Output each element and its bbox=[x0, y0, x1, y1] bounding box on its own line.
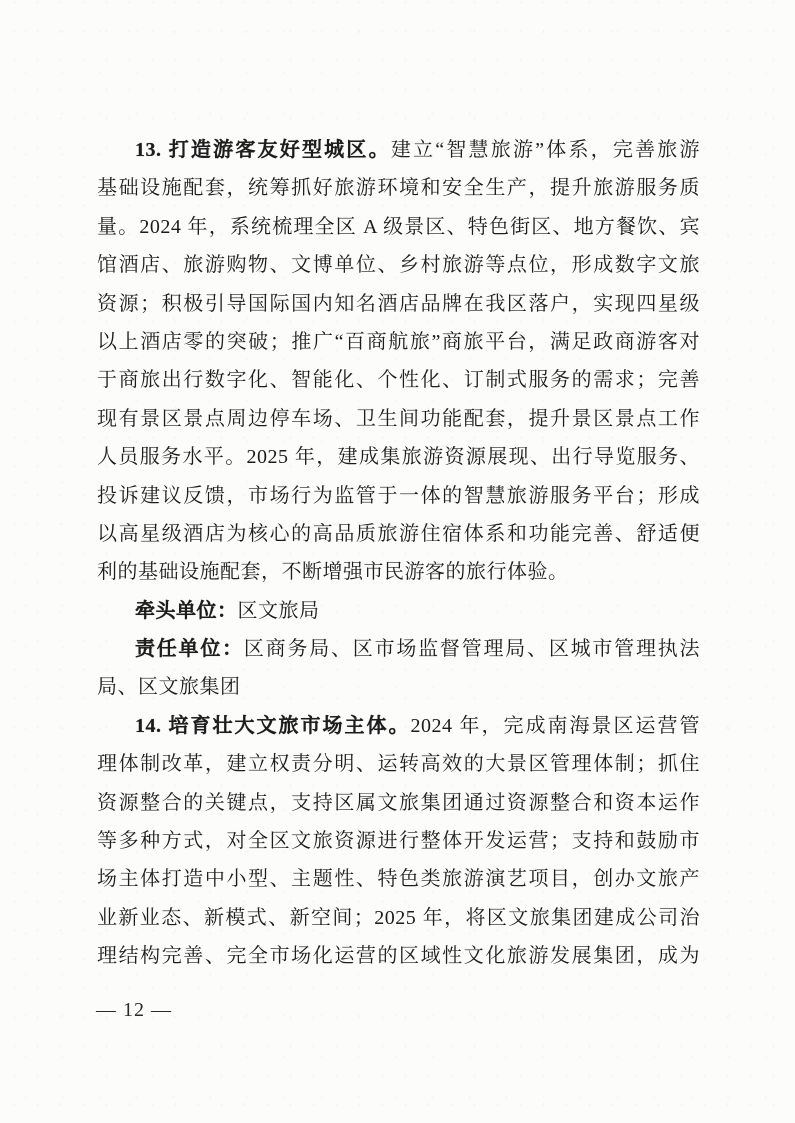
text-line: 牵头单位：区文旅局 bbox=[97, 592, 700, 630]
text-run: 利的基础设施配套，不断增强市民游客的旅行体验。 bbox=[97, 561, 569, 583]
text-run: 等多种方式，对全区文旅资源进行整体开发运营；支持和鼓励市 bbox=[97, 830, 700, 852]
item-13-heading: 13. 打造游客友好型城区。 bbox=[135, 139, 391, 161]
text-line: 以高星级酒店为核心的高品质旅游住宿体系和功能完善、舒适便 bbox=[97, 515, 700, 553]
document-body: 13. 打造游客友好型城区。建立“智慧旅游”体系，完善旅游 基础设施配套，统筹抓… bbox=[97, 131, 700, 976]
lead-unit-label: 牵头单位： bbox=[135, 600, 238, 622]
text-run: 2024 年，完成南海景区运营管 bbox=[411, 715, 701, 737]
text-line: 理结构完善、完全市场化运营的区域性文化旅游发展集团，成为 bbox=[97, 937, 700, 975]
text-run: 资源整合的关键点，支持区属文旅集团通过资源整合和资本运作 bbox=[97, 792, 700, 814]
text-line: 馆酒店、旅游购物、文博单位、乡村旅游等点位，形成数字文旅 bbox=[97, 246, 700, 284]
text-run: 量。2024 年，系统梳理全区 A 级景区、特色街区、地方餐饮、宾 bbox=[97, 216, 700, 238]
text-run: 资源；积极引导国际国内知名酒店品牌在我区落户，实现四星级 bbox=[97, 293, 700, 315]
text-line: 局、区文旅集团 bbox=[97, 668, 700, 706]
text-run: 人员服务水平。2025 年，建成集旅游资源展现、出行导览服务、 bbox=[97, 446, 700, 468]
text-run: 投诉建议反馈，市场行为监管于一体的智慧旅游服务平台；形成 bbox=[97, 485, 700, 507]
text-line: 现有景区景点周边停车场、卫生间功能配套，提升景区景点工作 bbox=[97, 400, 700, 438]
text-line: 场主体打造中小型、主题性、特色类旅游演艺项目，创办文旅产 bbox=[97, 860, 700, 898]
text-run: 局、区文旅集团 bbox=[97, 676, 241, 698]
text-line: 理体制改革，建立权责分明、运转高效的大景区管理体制；抓住 bbox=[97, 745, 700, 783]
text-run: 理结构完善、完全市场化运营的区域性文化旅游发展集团，成为 bbox=[97, 945, 700, 967]
text-line: 投诉建议反馈，市场行为监管于一体的智慧旅游服务平台；形成 bbox=[97, 477, 700, 515]
responsible-unit-label: 责任单位： bbox=[135, 638, 244, 660]
text-line: 13. 打造游客友好型城区。建立“智慧旅游”体系，完善旅游 bbox=[97, 131, 700, 169]
text-line: 利的基础设施配套，不断增强市民游客的旅行体验。 bbox=[97, 553, 700, 591]
text-line: 资源；积极引导国际国内知名酒店品牌在我区落户，实现四星级 bbox=[97, 285, 700, 323]
text-run: 现有景区景点周边停车场、卫生间功能配套，提升景区景点工作 bbox=[97, 408, 700, 430]
text-line: 等多种方式，对全区文旅资源进行整体开发运营；支持和鼓励市 bbox=[97, 822, 700, 860]
text-line: 14. 培育壮大文旅市场主体。2024 年，完成南海景区运营管 bbox=[97, 707, 700, 745]
text-run: 于商旅出行数字化、智能化、个性化、订制式服务的需求；完善 bbox=[97, 369, 700, 391]
text-line: 基础设施配套，统筹抓好旅游环境和安全生产，提升旅游服务质 bbox=[97, 169, 700, 207]
text-run: 馆酒店、旅游购物、文博单位、乡村旅游等点位，形成数字文旅 bbox=[97, 254, 700, 276]
lead-unit-value: 区文旅局 bbox=[238, 600, 320, 622]
responsible-unit-value: 区商务局、区市场监督管理局、区城市管理执法 bbox=[244, 638, 700, 660]
text-line: 业新业态、新模式、新空间；2025 年，将区文旅集团建成公司治 bbox=[97, 899, 700, 937]
item-14-heading: 14. 培育壮大文旅市场主体。 bbox=[135, 715, 411, 737]
text-run: 建立“智慧旅游”体系，完善旅游 bbox=[391, 139, 700, 161]
text-run: 理体制改革，建立权责分明、运转高效的大景区管理体制；抓住 bbox=[97, 753, 700, 775]
text-run: 基础设施配套，统筹抓好旅游环境和安全生产，提升旅游服务质 bbox=[97, 177, 700, 199]
text-run: 以上酒店零的突破；推广“百商航旅”商旅平台，满足政商游客对 bbox=[97, 331, 700, 353]
text-line: 于商旅出行数字化、智能化、个性化、订制式服务的需求；完善 bbox=[97, 361, 700, 399]
text-run: 场主体打造中小型、主题性、特色类旅游演艺项目，创办文旅产 bbox=[97, 868, 700, 890]
text-line: 人员服务水平。2025 年，建成集旅游资源展现、出行导览服务、 bbox=[97, 438, 700, 476]
text-line: 以上酒店零的突破；推广“百商航旅”商旅平台，满足政商游客对 bbox=[97, 323, 700, 361]
scanned-page: 13. 打造游客友好型城区。建立“智慧旅游”体系，完善旅游 基础设施配套，统筹抓… bbox=[0, 0, 795, 1123]
page-number: — 12 — bbox=[96, 999, 172, 1022]
text-line: 资源整合的关键点，支持区属文旅集团通过资源整合和资本运作 bbox=[97, 784, 700, 822]
text-line: 责任单位：区商务局、区市场监督管理局、区城市管理执法 bbox=[97, 630, 700, 668]
text-run: 业新业态、新模式、新空间；2025 年，将区文旅集团建成公司治 bbox=[97, 907, 700, 929]
text-run: 以高星级酒店为核心的高品质旅游住宿体系和功能完善、舒适便 bbox=[97, 523, 700, 545]
text-line: 量。2024 年，系统梳理全区 A 级景区、特色街区、地方餐饮、宾 bbox=[97, 208, 700, 246]
